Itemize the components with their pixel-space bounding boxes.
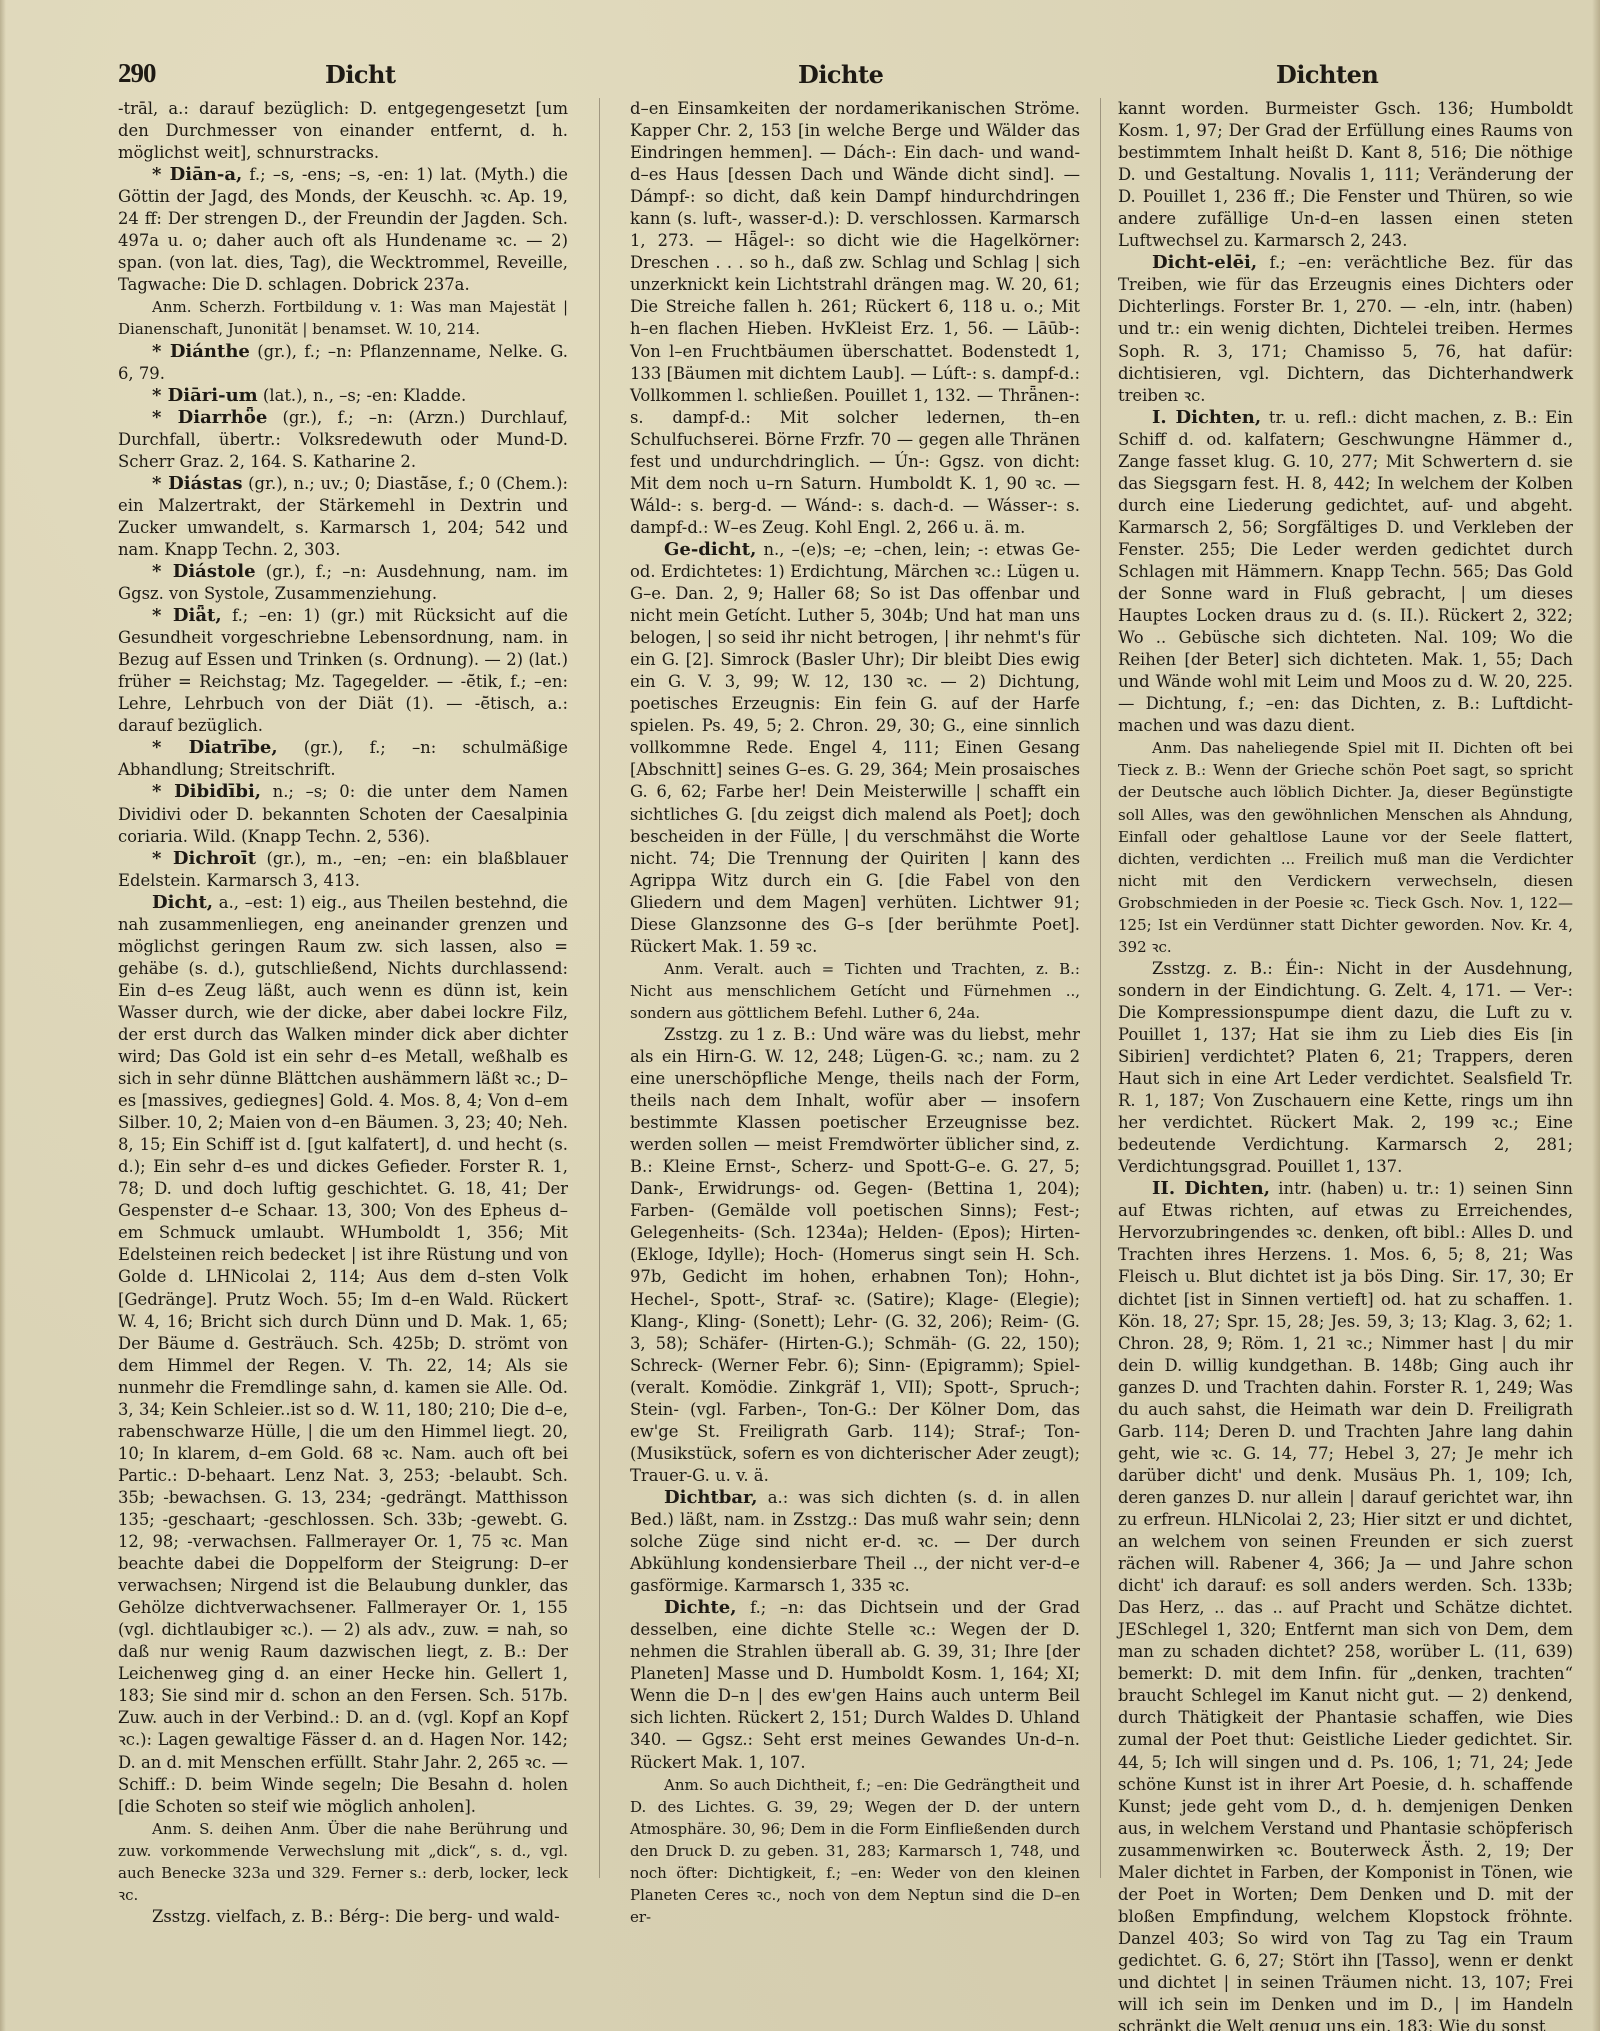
entry-text: d–en Einsamkeiten der nordamerikanischen… <box>630 99 1080 537</box>
dictionary-entry: * Diāri-um (lat.), n., –s; -en: Kladde. <box>118 385 568 407</box>
entry-text: Zsstzg. z. B.: Éin-: Nicht in der Ausdeh… <box>1118 959 1573 1176</box>
dictionary-note: Anm. So auch Dichtheit, f.; –en: Die Ged… <box>630 1774 1080 1928</box>
entry-headword: Dichtbar, <box>664 1487 758 1508</box>
entry-headword: Dicht, <box>152 892 213 913</box>
catchword-center: Dichte <box>798 60 883 89</box>
column-2: d–en Einsamkeiten der nordamerikanischen… <box>630 98 1080 1928</box>
entry-text: intr. (haben) u. tr.: 1) seinen Sinn auf… <box>1118 1179 1573 2031</box>
dictionary-note: Anm. S. deihen Anm. Über die nahe Berühr… <box>118 1818 568 1906</box>
dictionary-entry: * Diān-a, f.; –s, -ens; –s, -en: 1) lat.… <box>118 164 568 296</box>
entry-text: Anm. S. deihen Anm. Über die nahe Berühr… <box>118 1820 568 1904</box>
dictionary-entry: * Dibidībi, n.; –s; 0: die unter dem Nam… <box>118 781 568 847</box>
entry-text: Zsstzg. zu 1 z. B.: Und wäre was du lieb… <box>630 1025 1080 1485</box>
entry-text: tr. u. refl.: dicht machen, z. B.: Ein S… <box>1118 408 1573 736</box>
entry-text: Anm. Veralt. auch = Tichten und Trachten… <box>630 960 1080 1022</box>
entry-headword: Ge-dicht, <box>664 539 756 560</box>
entry-text: (lat.), n., –s; -en: Kladde. <box>258 386 466 405</box>
dictionary-entry: * Diástole (gr.), f.; –n: Ausdehnung, na… <box>118 561 568 605</box>
entry-text: Anm. Scherzh. Fortbildung v. 1: Was man … <box>118 298 568 338</box>
catchword-left: Dicht <box>325 60 396 89</box>
entry-text: Zsstzg. vielfach, z. B.: Bérg-: Die berg… <box>152 1907 560 1926</box>
page-edge-shadow-left <box>0 0 6 2031</box>
entry-headword: * Diástole <box>152 561 256 582</box>
column-divider <box>1100 98 1101 1878</box>
entry-text: -trāl, a.: darauf bezüglich: D. entgegen… <box>118 99 568 162</box>
entry-text: n., –(e)s; –e; –chen, lein; -: etwas Ge-… <box>630 540 1080 956</box>
dictionary-entry: Zsstzg. z. B.: Éin-: Nicht in der Ausdeh… <box>1118 958 1573 1178</box>
dictionary-entry: * Diástas (gr.), n.; uv.; 0; Diastā̆se, … <box>118 473 568 561</box>
dictionary-note: Anm. Das naheliegende Spiel mit II. Dich… <box>1118 737 1573 957</box>
entry-headword: * Diánthe <box>152 341 250 362</box>
entry-headword: * Dibidībi, <box>152 781 261 802</box>
entry-headword: * Diān-a, <box>152 164 242 185</box>
entry-text: Anm. Das naheliegende Spiel mit II. Dich… <box>1118 739 1573 955</box>
entry-headword: * Diatrībe, <box>152 737 278 758</box>
column-1: -trāl, a.: darauf bezüglich: D. entgegen… <box>118 98 568 1928</box>
column-divider <box>599 98 600 1878</box>
entry-text: kannt worden. Burmeister Gsch. 136; Humb… <box>1118 99 1573 250</box>
entry-text: f.; –n: das Dichtsein und der Grad desse… <box>630 1598 1080 1771</box>
dictionary-entry: * Diatrībe, (gr.), f.; –n: schulmäßige A… <box>118 737 568 781</box>
dictionary-entry: Dicht-elēi, f.; –en: verächtliche Bez. f… <box>1118 252 1573 406</box>
entry-headword: I. Dichten, <box>1152 407 1261 428</box>
entry-text: a., –est: 1) eig., aus Theilen bestehnd,… <box>118 893 568 1816</box>
dictionary-note: Anm. Veralt. auch = Tichten und Trachten… <box>630 958 1080 1024</box>
dictionary-entry: Dicht, a., –est: 1) eig., aus Theilen be… <box>118 892 568 1818</box>
entry-continuation: d–en Einsamkeiten der nordamerikanischen… <box>630 98 1080 539</box>
entry-headword: * Diǟt, <box>152 605 222 626</box>
dictionary-entry: II. Dichten, intr. (haben) u. tr.: 1) se… <box>1118 1178 1573 2031</box>
entry-headword: II. Dichten, <box>1152 1178 1270 1199</box>
dictionary-entry: Zsstzg. zu 1 z. B.: Und wäre was du lieb… <box>630 1024 1080 1487</box>
dictionary-entry: * Diánthe (gr.), f.; –n: Pflanzenname, N… <box>118 341 568 385</box>
entry-continuation: -trāl, a.: darauf bezüglich: D. entgegen… <box>118 98 568 164</box>
catchword-right: Dichten <box>1276 60 1378 89</box>
dictionary-entry: Ge-dicht, n., –(e)s; –e; –chen, lein; -:… <box>630 539 1080 958</box>
entry-headword: * Diástas <box>152 473 242 494</box>
entry-text: Anm. So auch Dichtheit, f.; –en: Die Ged… <box>630 1776 1080 1926</box>
dictionary-entry: * Diǟt, f.; –en: 1) (gr.) mit Rücksicht … <box>118 605 568 737</box>
dictionary-entry: Dichte, f.; –n: das Dichtsein und der Gr… <box>630 1597 1080 1773</box>
entry-headword: * Diāri-um <box>152 385 258 406</box>
dictionary-entry: * Diarrhȫe (gr.), f.; –n: (Arzn.) Durchl… <box>118 407 568 473</box>
dictionary-body: -trāl, a.: darauf bezüglich: D. entgegen… <box>118 98 1588 1998</box>
entry-headword: Dicht-elēi, <box>1152 252 1257 273</box>
page-edge-shadow-right <box>1592 0 1600 2031</box>
entry-headword: * Dichroīt <box>152 848 256 869</box>
dictionary-entry: * Dichroīt (gr.), m., –en; –en: ein blaß… <box>118 848 568 892</box>
entry-headword: * Diarrhȫe <box>152 407 267 428</box>
page-header: 290 Dicht Dichte Dichten <box>0 52 1600 92</box>
dictionary-entry: Dichtbar, a.: was sich dichten (s. d. in… <box>630 1487 1080 1597</box>
dictionary-entry: I. Dichten, tr. u. refl.: dicht machen, … <box>1118 407 1573 738</box>
dictionary-note: Anm. Scherzh. Fortbildung v. 1: Was man … <box>118 296 568 340</box>
entry-headword: Dichte, <box>664 1597 737 1618</box>
entry-continuation: kannt worden. Burmeister Gsch. 136; Humb… <box>1118 98 1573 252</box>
column-3: kannt worden. Burmeister Gsch. 136; Humb… <box>1118 98 1573 2031</box>
page-number: 290 <box>118 58 156 89</box>
entry-text: f.; –en: verächtliche Bez. für das Treib… <box>1118 253 1573 404</box>
dictionary-entry: Zsstzg. vielfach, z. B.: Bérg-: Die berg… <box>118 1906 568 1928</box>
